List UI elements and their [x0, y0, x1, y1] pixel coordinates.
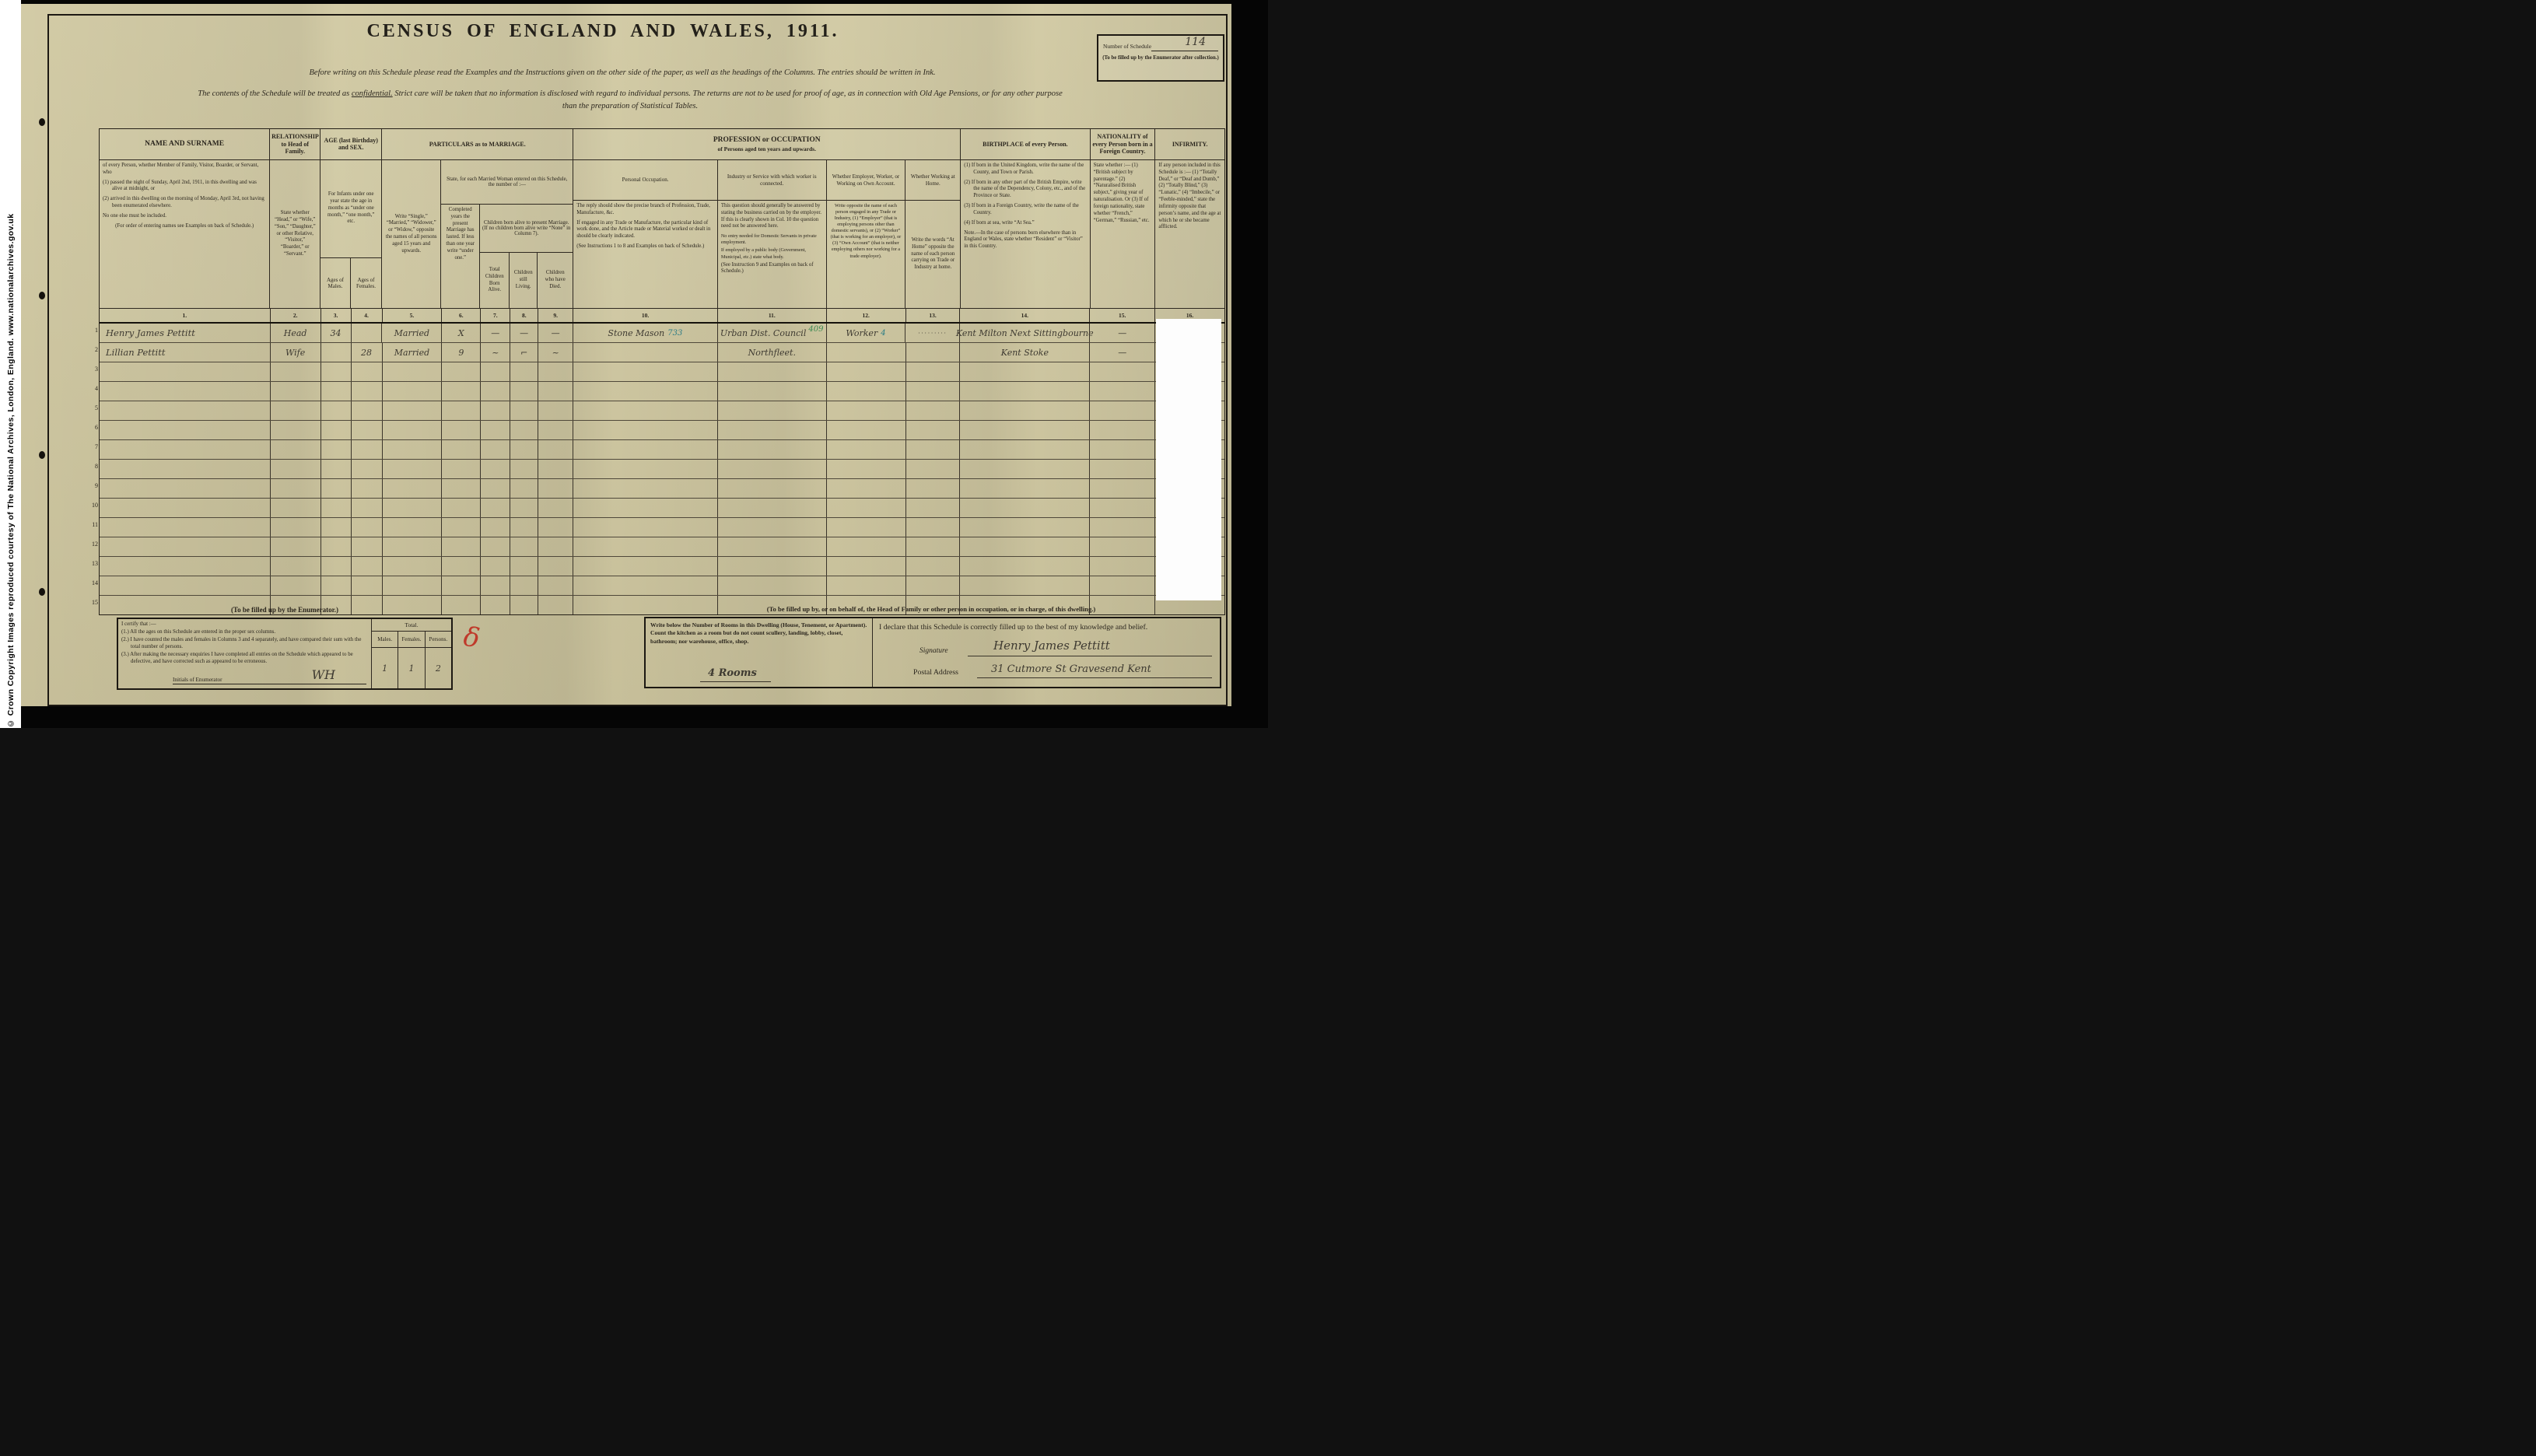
cell-col10 — [573, 382, 718, 401]
profession-title: PROFESSION or OCCUPATION — [713, 136, 821, 145]
cell-col15 — [1090, 576, 1155, 595]
row-number: 6 — [90, 424, 98, 431]
col-marital-status: Write “Single,” “Married,” “Widower,” or… — [382, 160, 441, 308]
column-number-row: 1.2.3.4.5.6.7.8.9.10.11.12.13.14.15.16. — [99, 308, 1225, 324]
cell-col7 — [481, 557, 510, 576]
cell-col14 — [960, 362, 1090, 381]
cell-col2 — [271, 499, 321, 517]
persons-label: Persons. — [426, 632, 451, 647]
cell-col4 — [352, 518, 383, 537]
rooms-cell: Write below the Number of Rooms in this … — [646, 618, 873, 687]
cell-col5 — [383, 401, 443, 420]
cell-col7 — [481, 596, 510, 614]
col-industry: Industry or Service with which worker is… — [718, 160, 827, 308]
cell-col12 — [827, 362, 906, 381]
col-at-home: Whether Working at Home. Write the words… — [905, 160, 960, 308]
occupation-body-1: The reply should show the precise branch… — [576, 203, 714, 217]
initials-line: Initials of Enumerator WH — [173, 677, 366, 684]
code-col10: 733 — [667, 329, 682, 338]
cell-col6 — [442, 440, 481, 459]
cell-col7 — [481, 460, 510, 478]
cell-col7 — [481, 440, 510, 459]
cell-col13 — [906, 479, 961, 498]
entry-col7: ~ — [492, 348, 499, 358]
cell-col5 — [383, 362, 443, 381]
entry-col5: Married — [394, 328, 429, 338]
married-woman-head: State, for each Married Woman entered on… — [441, 160, 573, 205]
head-of-family-section-title: (To be filled up by, or on behalf of, th… — [638, 605, 1224, 613]
age-infants-note: For Infants under one year state the age… — [321, 160, 381, 257]
punch-hole — [39, 451, 45, 459]
column-number-7: 7. — [481, 309, 510, 322]
cell-col9 — [538, 362, 573, 381]
cell-col12 — [827, 537, 906, 556]
cell-col7 — [481, 537, 510, 556]
personal-occupation-label: Personal Occupation. — [573, 160, 717, 201]
cell-col9: — — [538, 324, 573, 342]
row-number: 12 — [90, 541, 98, 548]
infirmity-redaction-overlay — [1156, 319, 1221, 600]
cell-col14: Kent Milton Next Sittingbourne — [960, 324, 1090, 342]
col-birthplace-header: BIRTHPLACE of every Person. (1) If born … — [961, 129, 1090, 308]
cell-col8 — [510, 401, 538, 420]
cell-col11 — [718, 401, 827, 420]
cell-col4 — [352, 382, 383, 401]
children-leafs: Total Children Born Alive. Children stil… — [480, 253, 573, 308]
entry-col3: 34 — [331, 328, 342, 338]
signature-row: Signature Henry James Pettitt — [919, 646, 1212, 655]
industry-body-2: No entry needed for Domestic Servants in… — [721, 233, 823, 246]
cell-col5 — [383, 499, 443, 517]
cell-col2 — [271, 460, 321, 478]
table-row: 11 — [100, 518, 1224, 537]
cell-col8: — — [510, 324, 538, 342]
column-number-14: 14. — [960, 309, 1090, 322]
cell-col8 — [510, 382, 538, 401]
marriage-group: Write “Single,” “Married,” “Widower,” or… — [382, 160, 573, 308]
name-item-2: (2) arrived in this dwelling on the morn… — [103, 196, 266, 210]
married-woman-group: State, for each Married Woman entered on… — [441, 160, 573, 308]
entry-col2: Head — [284, 328, 307, 338]
entry-col1: Lillian Pettitt — [106, 347, 165, 358]
cell-col13 — [906, 576, 961, 595]
cell-col9 — [538, 479, 573, 498]
cell-col5 — [383, 518, 443, 537]
cell-col13 — [906, 382, 961, 401]
cell-col4 — [352, 401, 383, 420]
cell-col3 — [321, 576, 352, 595]
punch-hole — [39, 292, 45, 299]
cell-col15 — [1090, 557, 1155, 576]
cell-col6 — [442, 518, 481, 537]
cell-col15 — [1090, 518, 1155, 537]
entry-col15: — — [1118, 328, 1126, 338]
cell-col3 — [321, 401, 352, 420]
col-marriage-header: PARTICULARS as to MARRIAGE. Write “Singl… — [382, 129, 573, 308]
col-marriage-years: Completed years the present Marriage has… — [441, 205, 480, 308]
table-row: 2Lillian PettittWife28Married9~⌐~Northfl… — [100, 343, 1224, 362]
cell-col3 — [321, 440, 352, 459]
cell-col3: 34 — [321, 324, 352, 342]
column-number-10: 10. — [573, 309, 718, 322]
col-children-born: Total Children Born Alive. — [480, 253, 510, 308]
cell-col10 — [573, 343, 718, 362]
cell-col8 — [510, 557, 538, 576]
schedule-number-note: (To be filled up by the Enumerator after… — [1098, 55, 1223, 61]
cell-col8 — [510, 499, 538, 517]
col-age-header: AGE (last Birthday) and SEX. For Infants… — [321, 129, 382, 308]
cell-col9 — [538, 440, 573, 459]
cell-col12 — [827, 401, 906, 420]
cell-col10 — [573, 440, 718, 459]
cell-col4 — [352, 324, 383, 342]
cell-col12 — [827, 460, 906, 478]
cell-col1 — [100, 421, 271, 439]
cell-col8 — [510, 479, 538, 498]
cell-col9 — [538, 401, 573, 420]
cell-col1 — [100, 518, 271, 537]
cell-col10 — [573, 499, 718, 517]
cell-col3 — [321, 362, 352, 381]
cell-col14 — [960, 421, 1090, 439]
table-row: 5 — [100, 401, 1224, 421]
row-number: 7 — [90, 443, 98, 450]
schedule-number-label: Number of Schedule — [1103, 43, 1151, 50]
cell-col1 — [100, 401, 271, 420]
cell-col9 — [538, 460, 573, 478]
cell-col13 — [906, 362, 961, 381]
cell-col5: Married — [383, 343, 443, 362]
cell-col7 — [481, 576, 510, 595]
cell-col4: 28 — [352, 343, 383, 362]
table-row: 14 — [100, 576, 1224, 596]
row-number: 13 — [90, 560, 98, 567]
census-table: NAME AND SURNAME of every Person, whethe… — [99, 128, 1225, 615]
cell-col9: ~ — [538, 343, 573, 362]
cell-col6 — [442, 499, 481, 517]
declaration-text: I declare that this Schedule is correctl… — [879, 623, 1147, 632]
cell-col6 — [442, 382, 481, 401]
cell-col2 — [271, 401, 321, 420]
cell-col4 — [352, 421, 383, 439]
marital-status-body: Write “Single,” “Married,” “Widower,” or… — [382, 160, 440, 308]
cell-col1 — [100, 382, 271, 401]
col-infirmity-header: INFIRMITY. If any person included in thi… — [1155, 129, 1224, 308]
cell-col13 — [906, 440, 961, 459]
cell-col11 — [718, 518, 827, 537]
cell-col8: ⌐ — [510, 343, 538, 362]
cell-col15 — [1090, 382, 1155, 401]
cell-col11: Urban Dist. Council409 — [718, 324, 827, 342]
postal-row: Postal Address 31 Cutmore St Gravesend K… — [913, 668, 1212, 677]
cell-col13 — [906, 537, 961, 556]
ages-of-females-label: Ages of Females. — [351, 258, 381, 308]
entry-col9: — — [552, 328, 560, 338]
females-total: 1 — [398, 648, 425, 688]
cell-col4 — [352, 537, 383, 556]
cell-col12 — [827, 576, 906, 595]
children-group-wrap: Completed years the present Marriage has… — [441, 205, 573, 308]
cell-col14 — [960, 499, 1090, 517]
cell-col10 — [573, 479, 718, 498]
cell-col8 — [510, 460, 538, 478]
row-number: 5 — [90, 404, 98, 411]
col-children-living: Children still Living. — [510, 253, 538, 308]
cell-col11 — [718, 460, 827, 478]
cell-col2: Head — [271, 324, 321, 342]
cell-col3 — [321, 421, 352, 439]
cell-col7 — [481, 499, 510, 517]
declaration-cell: I declare that this Schedule is correctl… — [873, 618, 1220, 687]
cell-col5 — [383, 576, 443, 595]
cell-col11 — [718, 479, 827, 498]
cell-col11 — [718, 499, 827, 517]
birthplace-title: BIRTHPLACE of every Person. — [961, 129, 1089, 160]
cell-col4 — [352, 362, 383, 381]
name-title: NAME AND SURNAME — [100, 129, 269, 160]
cell-col4 — [352, 576, 383, 595]
signature-value: Henry James Pettitt — [993, 639, 1110, 653]
cell-col11 — [718, 421, 827, 439]
cell-col9 — [538, 596, 573, 614]
cell-col1: Lillian Pettitt — [100, 343, 271, 362]
cell-col9 — [538, 537, 573, 556]
at-home-label: Whether Working at Home. — [905, 160, 960, 201]
cell-col10 — [573, 362, 718, 381]
cell-col5 — [383, 557, 443, 576]
cell-col10 — [573, 421, 718, 439]
cell-col6: X — [442, 324, 481, 342]
males-total: 1 — [372, 648, 398, 688]
table-row: 9 — [100, 479, 1224, 499]
entry-col9: ~ — [552, 348, 559, 358]
entry-col14: Kent Milton Next Sittingbourne — [956, 328, 1094, 338]
name-order-note: (For order of entering names see Example… — [103, 223, 266, 230]
row-number: 1 — [90, 327, 98, 334]
totals-labels: Males. Females. Persons. — [372, 632, 451, 648]
column-number-3: 3. — [321, 309, 352, 322]
postal-line — [977, 677, 1212, 678]
entry-col11: Urban Dist. Council — [720, 328, 807, 338]
entry-col2: Wife — [285, 348, 305, 358]
ages-of-males-label: Ages of Males. — [321, 258, 351, 308]
cell-col8 — [510, 421, 538, 439]
cell-col12 — [827, 421, 906, 439]
schedule-number-box: Number of Schedule 114 (To be filled up … — [1097, 34, 1224, 82]
cell-col15 — [1090, 401, 1155, 420]
marriage-title: PARTICULARS as to MARRIAGE. — [382, 129, 573, 160]
entry-col12: Worker — [846, 328, 877, 338]
column-number-11: 11. — [718, 309, 827, 322]
cell-col14 — [960, 382, 1090, 401]
cell-col5 — [383, 421, 443, 439]
cell-col11 — [718, 537, 827, 556]
cell-col1 — [100, 460, 271, 478]
table-header: NAME AND SURNAME of every Person, whethe… — [99, 128, 1225, 308]
cell-col9 — [538, 557, 573, 576]
cell-col13 — [906, 343, 961, 362]
cell-col12: Worker4 — [827, 324, 906, 342]
cell-col14 — [960, 440, 1090, 459]
code-col11: 409 — [808, 325, 823, 334]
name-body-intro: of every Person, whether Member of Famil… — [103, 163, 266, 177]
entry-col6: X — [458, 328, 464, 338]
punch-hole — [39, 588, 45, 596]
table-row: 1Henry James PettittHead34MarriedX———Sto… — [100, 324, 1224, 343]
cell-col1: Henry James Pettitt — [100, 324, 271, 342]
row-number: 2 — [90, 346, 98, 353]
code-col12: 4 — [881, 329, 885, 338]
signature-line — [968, 656, 1212, 656]
cell-col6: 9 — [442, 343, 481, 362]
col-nationality-header: NATIONALITY of every Person born in a Fo… — [1091, 129, 1156, 308]
cell-col15 — [1090, 362, 1155, 381]
cell-col1 — [100, 479, 271, 498]
birthplace-note: Note.—In the case of persons born elsewh… — [964, 230, 1086, 250]
column-number-6: 6. — [442, 309, 481, 322]
cell-col12 — [827, 382, 906, 401]
entry-col14: Kent Stoke — [1001, 348, 1049, 358]
cell-col10 — [573, 460, 718, 478]
census-schedule-scan: © Crown Copyright Images reproduced cour… — [0, 0, 1268, 728]
cell-col8 — [510, 362, 538, 381]
birthplace-body: (1) If born in the United Kingdom, write… — [961, 160, 1089, 308]
cell-col13 — [906, 499, 961, 517]
cell-col7: ~ — [481, 343, 510, 362]
marriage-years-body: Completed years the present Marriage has… — [441, 205, 479, 308]
cell-col13 — [906, 401, 961, 420]
cell-col10: Stone Mason733 — [573, 324, 718, 342]
cell-col10 — [573, 401, 718, 420]
row-number: 8 — [90, 463, 98, 470]
entry-col15: — — [1118, 348, 1126, 358]
col-children-died: Children who have Died. — [538, 253, 573, 308]
infirmity-title: INFIRMITY. — [1155, 129, 1224, 160]
persons-total: 2 — [426, 648, 451, 688]
cell-col11: Northfleet. — [718, 343, 827, 362]
age-split: Ages of Males. Ages of Females. — [321, 257, 381, 308]
cell-col8 — [510, 518, 538, 537]
cell-col14 — [960, 460, 1090, 478]
table-row: 13 — [100, 557, 1224, 576]
row-number: 9 — [90, 482, 98, 489]
col-profession-header: PROFESSION or OCCUPATION of Persons aged… — [573, 129, 961, 308]
postal-address-label: Postal Address — [913, 668, 958, 677]
occupation-body-2: If engaged in any Trade or Manufacture, … — [576, 220, 714, 240]
enumerator-initials-signature: WH — [312, 667, 335, 684]
cell-col10 — [573, 576, 718, 595]
profession-group: Personal Occupation. The reply should sh… — [573, 160, 960, 308]
cell-col5 — [383, 382, 443, 401]
cell-col6 — [442, 421, 481, 439]
cell-col3 — [321, 343, 352, 362]
column-number-12: 12. — [827, 309, 906, 322]
cell-col14 — [960, 401, 1090, 420]
rooms-value: 4 Rooms — [700, 667, 771, 682]
cell-col12 — [827, 499, 906, 517]
totals-table: Total. Males. Females. Persons. 1 1 2 — [372, 619, 451, 688]
head-of-family-box: Write below the Number of Rooms in this … — [644, 617, 1221, 688]
nationality-body: State whether :— (1) “British subject by… — [1091, 160, 1155, 308]
infirmity-body: If any person included in this Schedule … — [1155, 160, 1224, 308]
cell-col4 — [352, 460, 383, 478]
cell-col3 — [321, 499, 352, 517]
table-row: 10 — [100, 499, 1224, 518]
cell-col3 — [321, 382, 352, 401]
cell-col12 — [827, 479, 906, 498]
cell-col9 — [538, 518, 573, 537]
row-number: 3 — [90, 366, 98, 373]
entry-col1: Henry James Pettitt — [106, 327, 195, 338]
cell-col6 — [442, 362, 481, 381]
certify-item-2: (2.) I have counted the males and female… — [121, 637, 368, 651]
cell-col14 — [960, 576, 1090, 595]
schedule-number-value: 114 — [1185, 36, 1206, 48]
cell-col5 — [383, 460, 443, 478]
children-head: Children born alive to present Marriage.… — [480, 205, 573, 253]
birthplace-item-1: (1) If born in the United Kingdom, write… — [964, 163, 1086, 177]
cell-col10 — [573, 537, 718, 556]
certify-item-3: (3.) After making the necessary enquirie… — [121, 652, 368, 666]
industry-body-1: This question should generally be answer… — [721, 203, 823, 230]
column-number-9: 9. — [538, 309, 573, 322]
children-born-label: Total Children Born Alive. — [480, 253, 509, 308]
cell-col3 — [321, 537, 352, 556]
cell-col8 — [510, 596, 538, 614]
cell-col4 — [352, 557, 383, 576]
name-no-one: No one else must be included. — [103, 213, 266, 220]
cell-col13 — [906, 518, 961, 537]
initials-label: Initials of Enumerator — [173, 677, 222, 683]
cell-col14 — [960, 518, 1090, 537]
entry-col11: Northfleet. — [748, 348, 796, 358]
cell-col3 — [321, 557, 352, 576]
totals-values: 1 1 2 — [372, 648, 451, 688]
rooms-instructions: Write below the Number of Rooms in this … — [650, 621, 867, 645]
name-item-1: (1) passed the night of Sunday, April 2n… — [103, 180, 266, 194]
cell-col7 — [481, 421, 510, 439]
row-number: 14 — [90, 579, 98, 586]
cell-col2 — [271, 440, 321, 459]
cell-col13: ········· — [905, 324, 960, 342]
cell-col1 — [100, 362, 271, 381]
table-row: 4 — [100, 382, 1224, 401]
column-number-15: 15. — [1090, 309, 1155, 322]
cell-col15 — [1090, 499, 1155, 517]
cell-col15 — [1090, 460, 1155, 478]
table-row: 8 — [100, 460, 1224, 479]
crown-copyright-text: © Crown Copyright Images reproduced cour… — [2, 0, 20, 728]
postal-address-value: 31 Cutmore St Gravesend Kent — [991, 663, 1151, 675]
cell-col2 — [271, 576, 321, 595]
table-row: 7 — [100, 440, 1224, 460]
name-instructions: of every Person, whether Member of Famil… — [100, 160, 269, 308]
cell-col15 — [1090, 421, 1155, 439]
cell-col6 — [442, 401, 481, 420]
cell-col5 — [383, 440, 443, 459]
cell-col9 — [538, 499, 573, 517]
entry-col13: ········· — [918, 330, 947, 337]
cell-col8 — [510, 440, 538, 459]
totals-title: Total. — [372, 619, 451, 632]
profession-subtitle: of Persons aged ten years and upwards. — [717, 145, 815, 152]
cell-col13 — [906, 460, 961, 478]
cell-col2 — [271, 382, 321, 401]
table-row: 6 — [100, 421, 1224, 440]
cell-col2: Wife — [271, 343, 321, 362]
personal-occupation-body: The reply should show the precise branch… — [573, 201, 717, 308]
column-number-1: 1. — [100, 309, 271, 322]
